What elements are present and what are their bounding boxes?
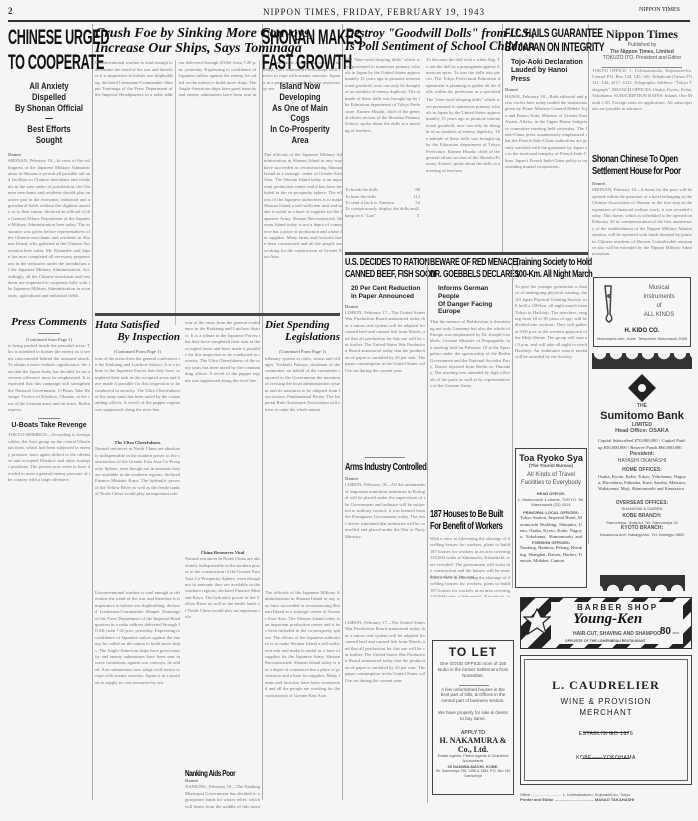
article-training-society: Training Society to Hold 100-Km. All Nig… [515, 258, 587, 434]
ad-text: HAIR-CUT, SHAVING AND SHAMPOO [573, 631, 661, 638]
ad-title: TO LET [433, 645, 513, 659]
column-divider [502, 24, 503, 254]
article-continuation: With a view to alleviating the shortage … [430, 575, 510, 597]
headline: CANNED BEEF, FISH SOON [345, 270, 428, 280]
article-body: With a view to alleviating the shortage … [430, 575, 510, 597]
article-body: Natural resources in North China are abs… [185, 556, 260, 776]
article-goebbels: BEWARE OF RED MENACE, DR. GOEBBELS DECLA… [430, 258, 510, 499]
ad-text: Musical [629, 284, 689, 293]
article-body: To give the younger generation a chance … [515, 284, 587, 434]
trumpet-icon [602, 284, 616, 324]
ad-text: SHANGHAI & DAIREN [592, 506, 692, 511]
headline: For Benefit of Workers [430, 522, 513, 532]
divider [583, 758, 629, 759]
divider [583, 732, 629, 733]
column-divider [588, 24, 589, 544]
headline: 100-Km. All Night March [515, 270, 590, 280]
article-body: The "blue-eyed sleeping dolls" which wer… [345, 57, 420, 187]
ad-kido-musical-instruments: Musical Instruments of ALL KINDS H. KIDO… [593, 277, 691, 347]
ad-tagline: All Kinds of Travel Facilities to Everyb… [516, 472, 586, 488]
headline: Settlement House for Poor [592, 167, 693, 177]
divider [602, 67, 682, 68]
divider [459, 685, 489, 686]
masthead: 2 NIPPON TIMES, FRIDAY, FEBRUARY 19, 194… [8, 6, 690, 20]
nippon-times-info-box: Nippon Times Published by The Nippon Tim… [592, 27, 692, 128]
headline: 187 Houses to Be Built [430, 510, 513, 520]
deck: As One of Main Cogs [264, 103, 335, 125]
article-body: The officials of the Japanese Military A… [258, 152, 342, 322]
divider [38, 333, 60, 334]
deck: In Paper Announced [345, 293, 425, 301]
headline: Nanking Aids Poor [185, 770, 257, 778]
article-body: The "blue-eyed sleeping dolls" which wer… [426, 97, 500, 237]
article-body: Unconventional warfare is vital enough t… [95, 590, 180, 790]
article-continuation: LISBON, February 17—The United States Wa… [345, 620, 425, 800]
masthead-right-tag: NIPPON TIMES [639, 7, 680, 13]
article-body: That the menace of Bolshevism is threate… [430, 319, 510, 499]
deck: Island Now Developing [264, 81, 335, 103]
section-rule [345, 252, 588, 255]
headline: FAST GROWTH [262, 52, 352, 73]
ad-sumitomo-bank: THE Sumitomo Bank LIMITED Head Office: O… [592, 353, 692, 543]
article-fic-guarantee: F.I.C. HAILS GUARANTEE BY JAPAN ON INTEG… [505, 27, 587, 262]
article-hata: Hata Satisfied By Inspection (Continued … [95, 320, 180, 446]
column-divider [92, 24, 93, 800]
ad-text: One GOOD OFFICE room of 150 tsubo in the… [433, 659, 513, 681]
poll-label: To conspicuously display the dolls and h… [345, 206, 417, 219]
deck: 20 Per Cent Reduction [345, 285, 425, 293]
box-body: TOKYO OFFICE: 1, Uchisaiwaicho, Kojimach… [592, 68, 692, 128]
article-press-comments: Press Comments (Continued from Page 1) i… [8, 317, 90, 423]
headline: SHONAN MAKES [262, 27, 352, 48]
article-hata-cont: tour of the areas from the general confe… [185, 320, 260, 776]
article-body: To decorate the doll with a white flag. … [426, 57, 500, 97]
divider [365, 457, 405, 458]
article-body: tour of the areas from the general confe… [185, 320, 260, 550]
ad-company: H. KIDO CO. [596, 328, 688, 334]
article-body: HANOI, February 18—Both editorial and pr… [505, 94, 587, 262]
poll-results: To break the dolls80 To burn the dolls11… [345, 187, 420, 219]
page-number: 2 [8, 6, 14, 16]
decorative-border [592, 353, 692, 369]
footer-imprint: Office ........................... 1, Uc… [520, 792, 692, 802]
ad-text: HAYASHI OKAHASHI [592, 458, 692, 465]
ad-text: of [629, 302, 689, 311]
ad-text: ALL KINDS [629, 311, 689, 320]
article-body: tour of the areas from the general confe… [95, 356, 180, 446]
ad-company: H. NAKAMURA & Co., Ltd. [433, 736, 513, 754]
headline: By Inspection [95, 332, 180, 344]
ad-text: 1, Marunouchi 1-chome, TOKYO. Tel. Marun… [516, 497, 586, 507]
decorative-border [600, 575, 685, 591]
headline: Arms Industry Controlled [345, 463, 428, 473]
article-nanking-aids-poor: Nanking Aids Poor Domei NANKING, Februar… [185, 770, 260, 808]
article-continuation: The officials of the Japanese Military A… [265, 590, 340, 800]
poll-value: 25 [417, 206, 420, 219]
masthead-title-date: NIPPON TIMES, FRIDAY, FEBRUARY 19, 1943 [263, 7, 485, 17]
headline: TO COOPERATE [8, 52, 92, 73]
ad-shop-name: Young-Ken [573, 612, 642, 628]
headline: F.I.C. HAILS GUARANTEE [505, 27, 591, 39]
headline: Hata Satisfied [95, 320, 180, 332]
star-badge-icon [523, 608, 551, 636]
article-body: is being pushed inside the peaceful area… [8, 343, 90, 423]
headline: CHINESE URGED [8, 27, 92, 48]
deck: Of Danger Facing Europe [430, 301, 510, 317]
article-body: LISBON, February 18—All the armaments of… [345, 482, 425, 612]
ad-text: We have property for sale & clients to b… [433, 706, 513, 724]
box-title: Nippon Times [592, 27, 692, 42]
deck: By Shonan Official— [14, 103, 84, 125]
ad-text: Tel. Sannomiya 758, 1455 & 1484. P.O. Bo… [433, 769, 513, 778]
headline: Press Comments [8, 317, 90, 329]
deck: Best Efforts Sought [14, 124, 84, 146]
article-body: LISBON, February 17—The United States Wa… [345, 310, 425, 440]
headline: DR. GOEBBELS DECLARES [430, 270, 513, 280]
column-divider [342, 24, 343, 800]
headline: BY JAPAN ON INTEGRITY [505, 41, 591, 53]
ad-toa-ryoko-sya: Toa Ryoko Sya (The Tourist Bureau) All K… [515, 448, 587, 588]
footer-printer: Printer and Editor .....................… [520, 797, 692, 802]
article-body: NANKING, February 18—The Nanking Municip… [185, 784, 260, 808]
headline: Shonan Chinese To Open [592, 155, 693, 165]
ad-text: (The Tourist Bureau) [516, 463, 586, 469]
article-us-ration: U.S. DECIDES TO RATION CANNED BEEF, FISH… [345, 258, 425, 440]
sumitomo-logo-icon [627, 373, 657, 403]
ad-caudrelier: L. CAUDRELIER WINE & PROVISION MERCHANT … [520, 655, 692, 785]
article-goodwill-dolls: Destroy "Goodwill Dolls" from U.S., Is P… [345, 27, 500, 237]
article-continuation: Unconventional warfare is vital enough t… [95, 590, 180, 790]
ad-to-let: TO LET One GOOD OFFICE room of 150 tsubo… [432, 640, 514, 795]
ad-price: 80 [660, 626, 671, 637]
ad-text: Estate Agents, Patent Agents & Chartered… [433, 754, 513, 764]
headline: Is Poll Sentiment of School Children [345, 40, 500, 53]
deck: Tojo-Aoki Declaration [505, 59, 587, 67]
deck: In Co-Prosperity Area [264, 124, 335, 146]
headline: U.S. DECIDES TO RATION [345, 258, 428, 268]
article-body: The officials of the Japanese Military A… [265, 590, 340, 800]
ad-text: Head Office: OSAKA [592, 428, 692, 435]
article-arms-industry: Arms Industry Controlled Domei LISBON, F… [345, 463, 425, 612]
editor: TOKUZO ITO, President and Editor [592, 55, 692, 62]
ad-price-unit: sen [673, 630, 679, 635]
poll-row: To conspicuously display the dolls and h… [345, 206, 420, 219]
article-uboats: U-Boats Take Revenge TOKYO-SHIMBUN—Accor… [8, 422, 90, 807]
article-chinese-urged: CHINESE URGED TO COOPERATE All Anxiety D… [8, 27, 90, 363]
headline: U-Boats Take Revenge [8, 422, 90, 430]
divider [38, 418, 60, 419]
ad-text: Tokyo Station, Imperial Hotel, Marunouch… [516, 515, 586, 540]
headline: BEWARE OF RED MENACE, [430, 258, 513, 268]
ad-address: Motomachi-dori, Kobe. Telephone Motomach… [596, 336, 688, 341]
newspaper-page: 2 NIPPON TIMES, FRIDAY, FEBRUARY 19, 194… [0, 0, 698, 821]
deck: Informs German People [430, 285, 510, 301]
masthead-rule [8, 20, 690, 22]
article-body: LISBON, February 17—The United States Wa… [345, 620, 425, 800]
article-shonan-growth: SHONAN MAKES FAST GROWTH Island Now Deve… [258, 27, 342, 322]
headline: Training Society to Hold [515, 258, 590, 268]
ad-inner-border [524, 659, 688, 781]
ad-text: Nanking, Hankow, Peking, Hsinking, Shang… [516, 545, 586, 565]
article-body: TOKYO-SHIMBUN—According to foreign cable… [8, 432, 90, 807]
ad-company: Toa Ryoko Sya [516, 453, 586, 463]
deck: Lauded by Hanoi Press [505, 67, 587, 84]
ad-text: OPPOSITE OF THE LOWENBRAU RESTAURANT [565, 639, 646, 644]
ad-inner: BARBER SHOP Young-Ken HAIR-CUT, SHAVING … [551, 602, 683, 644]
headline: Legislations [265, 332, 340, 344]
deck: All Anxiety Dispelled [14, 81, 84, 103]
ad-text: Karasuma-dori, Nakagyo-ku. Tel. Kamigyo … [592, 532, 692, 537]
ad-barber-shop: BARBER SHOP Young-Ken HAIR-CUT, SHAVING … [520, 597, 692, 649]
column-divider [512, 258, 513, 588]
column-divider [427, 258, 428, 803]
ad-text: Osaka, Kyoto, Kobe, Tokyo, Yokohama, Nag… [592, 474, 692, 500]
ad-text: Instruments [629, 293, 689, 302]
ad-text: Capital Subscribed ¥70,000,000 / Capital… [592, 438, 692, 451]
ad-company: Sumitomo Bank [592, 410, 692, 422]
